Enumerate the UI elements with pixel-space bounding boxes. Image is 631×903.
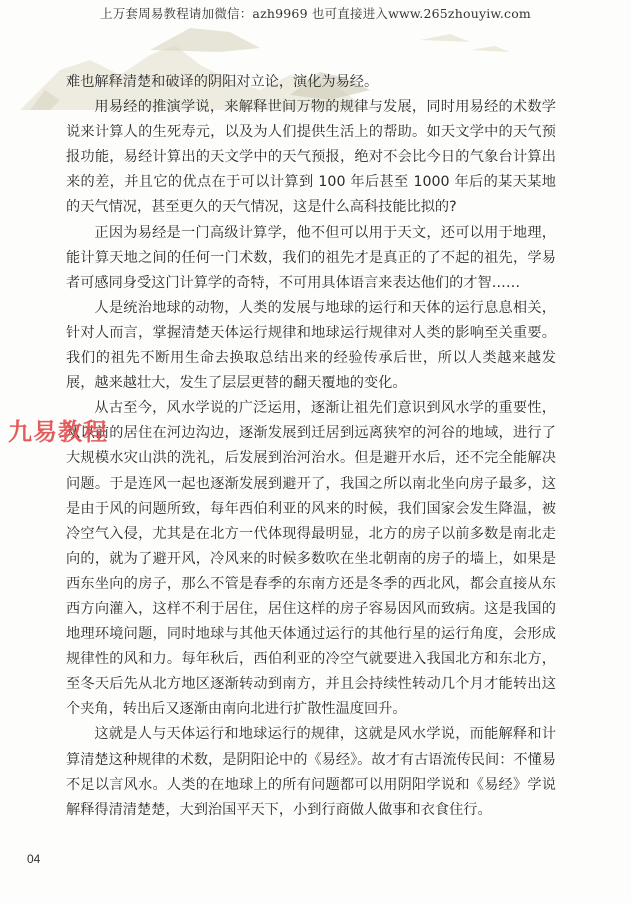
paragraph: 人是统治地球的动物，人类的发展与地球的运行和天体的运行息息相关，针对人而言，掌握…: [66, 296, 556, 396]
document-body: 难也解释清楚和破译的阴阳对立论，演化为易经。 用易经的推演学说，来解释世间万物的…: [66, 70, 556, 823]
paragraph: 用易经的推演学说，来解释世间万物的规律与发展，同时用易经的术数学说来计算人的生死…: [66, 95, 556, 220]
paragraph: 从古至今，风水学说的广泛运用，逐渐让祖先们意识到风水学的重要性，从以前的居住在河…: [66, 396, 556, 722]
paragraph: 这就是人与天体运行和地球运行的规律，这就是风水学说，而能解释和计算清楚这种规律的…: [66, 722, 556, 822]
paragraph: 难也解释清楚和破译的阴阳对立论，演化为易经。: [66, 70, 556, 95]
watermark-logo: 九易教程: [8, 412, 108, 447]
paragraph: 正因为易经是一门高级计算学，他不但可以用于天文，还可以用于地理，能计算天地之间的…: [66, 221, 556, 296]
page-number: 04: [27, 852, 40, 866]
